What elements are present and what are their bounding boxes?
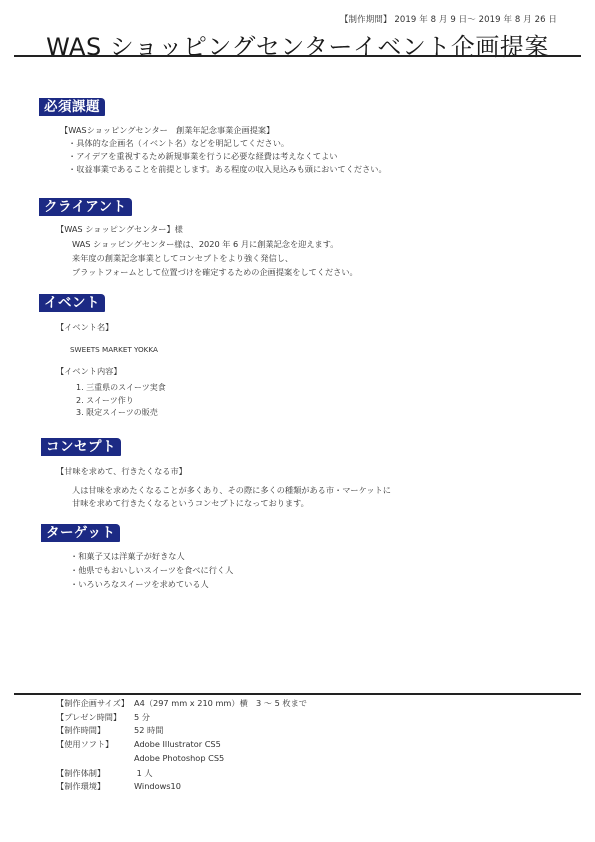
event-content-item: 2. スイーツ作り [76,395,134,408]
event-content-item: 1. 三重県のスイーツ実食 [76,382,166,395]
section-heading-event: イベント [39,294,105,312]
footer-row-environment: 【制作環境】Windows10 [56,780,181,793]
requirements-intro: 【WASショッピングセンター 創業年記念事業企画提案】 [60,124,274,137]
requirements-item: ・具体的な企画名（イベント名）などを明記してください。 [68,137,289,150]
footer-label: 【制作環境】 [56,780,134,793]
footer-label: 【使用ソフト】 [56,738,134,751]
title-underline [14,55,581,57]
footer-row-software: 【使用ソフト】Adobe Illustrator CS5 [56,738,221,751]
footer-value: 52 時間 [134,725,163,735]
concept-tagline: 【甘味を求めて、行きたくなる市】 [56,465,187,478]
client-line: WAS ショッピングセンター様は、2020 年 6 月に創業記念を迎えます。 [72,238,338,251]
section-heading-target: ターゲット [41,524,120,542]
concept-line: 甘味を求めて行きたくなるというコンセプトになっております。 [72,497,309,510]
event-content-label: 【イベント内容】 [56,365,122,378]
client-name: 【WAS ショッピングセンター】様 [56,223,183,236]
footer-value: 1 人 [134,768,153,778]
footer-row-size: 【制作企画サイズ】A4（297 mm x 210 mm）横 3 ～ 5 枚まで [56,697,307,710]
footer-row-team: 【制作体制】 1 人 [56,767,153,780]
footer-label: 【プレゼン時間】 [56,711,134,724]
footer-value: 5 分 [134,712,150,722]
target-item: ・和菓子又は洋菓子が好きな人 [70,550,185,563]
client-line: プラットフォームとして位置づけを確定するための企画提案をしてください。 [72,266,358,279]
section-heading-concept: コンセプト [41,438,121,456]
footer-row-presentation-time: 【プレゼン時間】5 分 [56,711,150,724]
footer-label: 【制作時間】 [56,724,134,737]
client-line: 来年度の創業記念事業としてコンセプトをより強く発信し、 [72,252,293,265]
requirements-item: ・収益事業であることを前提とします。ある程度の収入見込みも頭においてください。 [68,163,387,176]
concept-line: 人は甘味を求めたくなることが多くあり、その際に多くの種類がある市・マーケットに [72,484,391,497]
footer-label: 【制作企画サイズ】 [56,697,134,710]
event-content-item: 3. 限定スイーツの販売 [76,407,158,420]
footer-label: 【制作体制】 [56,767,134,780]
footer-value: Windows10 [134,781,181,791]
target-item: ・他県でもおいしいスイーツを食べに行く人 [70,564,233,577]
footer-rule [14,693,581,695]
section-heading-requirements: 必須課題 [39,98,105,116]
production-period: 【制作期間】 2019 年 8 月 9 日～ 2019 年 8 月 26 日 [0,13,557,25]
footer-value: A4（297 mm x 210 mm）横 3 ～ 5 枚まで [134,698,307,708]
footer-row-software-2: Adobe Photoshop CS5 [56,752,224,765]
period-label: 【制作期間】 [340,15,392,25]
period-value: 2019 年 8 月 9 日～ 2019 年 8 月 26 日 [394,15,557,25]
event-name-value: SWEETS MARKET YOKKA [70,343,158,356]
section-heading-client: クライアント [39,198,132,216]
requirements-item: ・アイデアを重視するため新規事業を行うに必要な経費は考えなくてよい [68,150,337,163]
target-item: ・いろいろなスイーツを求めている人 [70,578,209,591]
footer-value: Adobe Illustrator CS5 [134,739,221,749]
footer-value: Adobe Photoshop CS5 [134,753,224,763]
footer-row-production-time: 【制作時間】52 時間 [56,724,163,737]
event-name-label: 【イベント名】 [56,321,113,334]
